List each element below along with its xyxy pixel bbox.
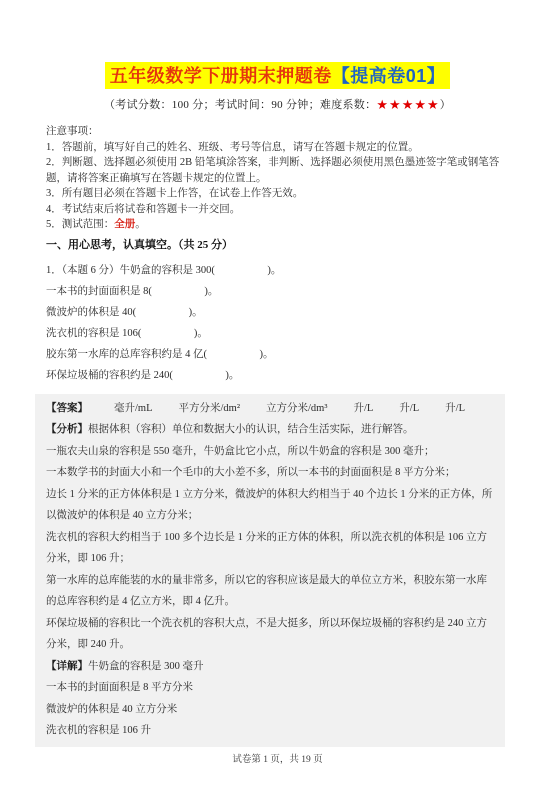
- answer-value-5: 升/L: [399, 398, 419, 420]
- title-block: 五年级数学下册期末押题卷【提高卷01】: [0, 0, 555, 89]
- question-1-block: 1．（本题 6 分）牛奶盒的容积是 300( )。 一本书的封面面积是 8( )…: [46, 260, 510, 386]
- analysis-paragraph-3: 边长 1 分米的正方体体积是 1 立方分米，微波炉的体积大约相当于 40 个边长…: [46, 484, 495, 527]
- notice-item-5-suffix: 。: [135, 219, 146, 230]
- exam-info-text: （考试分数：100 分；考试时间：90 分钟；难度系数：: [104, 99, 376, 111]
- answer-label: 【答案】: [46, 398, 88, 420]
- analysis-paragraph-2: 一本数学书的封面大小和一个毛巾的大小差不多，所以一本书的封面面积是 8 平方分米…: [46, 462, 495, 484]
- detail-text-1: 牛奶盒的容积是 300 毫升: [88, 661, 204, 672]
- notice-item-2: 2．判断题、选择题必须使用 2B 铅笔填涂答案，非判断、选择题必须使用黑色墨迹签…: [46, 155, 510, 186]
- title-highlight: 五年级数学下册期末押题卷【提高卷01】: [105, 62, 451, 89]
- answer-value-1: 毫升/mL: [114, 398, 153, 420]
- section-one-heading: 一、用心思考，认真填空。（共 25 分）: [46, 238, 510, 253]
- test-range-value: 全册: [114, 219, 135, 230]
- exam-paper-page: 五年级数学下册期末押题卷【提高卷01】 （考试分数：100 分；考试时间：90 …: [0, 0, 555, 785]
- analysis-paragraph-6: 环保垃圾桶的容积比一个洗衣机的容积大点，不是大挺多，所以环保垃圾桶的容积约是 2…: [46, 613, 495, 656]
- answer-value-6: 升/L: [445, 398, 465, 420]
- analysis-line: 【分析】根据体积（容积）单位和数据大小的认识，结合生活实际，进行解答。: [46, 419, 495, 441]
- page-footer: 试卷第 1 页，共 19 页: [0, 751, 555, 765]
- answer-box: 【答案】 毫升/mL 平方分米/dm² 立方分米/dm³ 升/L 升/L 升/L…: [35, 394, 505, 747]
- analysis-intro: 根据体积（容积）单位和数据大小的认识，结合生活实际，进行解答。: [88, 424, 414, 435]
- difficulty-stars: ★★★★★: [376, 97, 439, 112]
- question-line-6: 环保垃圾桶的容积约是 240( )。: [46, 365, 510, 386]
- question-line-5: 胶东第一水库的总库容积约是 4 亿( )。: [46, 344, 510, 365]
- page-content: 注意事项： 1．答题前，填写好自己的姓名、班级、考号等信息，请写在答题卡规定的位…: [0, 124, 555, 747]
- detail-line-2: 一本书的封面面积是 8 平方分米: [46, 677, 495, 699]
- detail-line-4: 洗衣机的容积是 106 升: [46, 720, 495, 742]
- exam-info-line: （考试分数：100 分；考试时间：90 分钟；难度系数：★★★★★）: [0, 96, 555, 113]
- notice-item-3: 3．所有题目必须在答题卡上作答，在试卷上作答无效。: [46, 186, 510, 202]
- notice-item-5-prefix: 5．测试范围：: [46, 219, 114, 230]
- answer-value-4: 升/L: [353, 398, 373, 420]
- detail-label: 【详解】: [46, 661, 88, 672]
- analysis-paragraph-5: 第一水库的总库能装的水的量非常多，所以它的容积应该是最大的单位立方米，积胶东第一…: [46, 570, 495, 613]
- notice-item-1: 1．答题前，填写好自己的姓名、班级、考号等信息，请写在答题卡规定的位置。: [46, 140, 510, 156]
- detail-line-3: 微波炉的体积是 40 立方分米: [46, 699, 495, 721]
- analysis-paragraph-4: 洗衣机的容积大约相当于 100 多个边长是 1 分米的正方体的体积，所以洗衣机的…: [46, 527, 495, 570]
- question-line-2: 一本书的封面面积是 8( )。: [46, 281, 510, 302]
- notice-section: 注意事项： 1．答题前，填写好自己的姓名、班级、考号等信息，请写在答题卡规定的位…: [46, 124, 510, 233]
- question-line-4: 洗衣机的容积是 106( )。: [46, 323, 510, 344]
- answer-value-3: 立方分米/dm³: [266, 398, 327, 420]
- analysis-paragraph-1: 一瓶农夫山泉的容积是 550 毫升，牛奶盒比它小点，所以牛奶盒的容积是 300 …: [46, 441, 495, 463]
- answer-value-2: 平方分米/dm²: [179, 398, 240, 420]
- exam-info-close: ）: [440, 99, 451, 111]
- answer-row: 【答案】 毫升/mL 平方分米/dm² 立方分米/dm³ 升/L 升/L 升/L: [46, 398, 495, 420]
- detail-line-1: 【详解】牛奶盒的容积是 300 毫升: [46, 656, 495, 678]
- question-line-3: 微波炉的体积是 40( )。: [46, 302, 510, 323]
- notice-item-4: 4．考试结束后将试卷和答题卡一并交回。: [46, 202, 510, 218]
- exam-title: 五年级数学下册期末押题卷: [110, 66, 332, 86]
- notice-item-5: 5．测试范围：全册。: [46, 217, 510, 233]
- exam-title-volume: 【提高卷01】: [332, 66, 446, 86]
- notice-heading: 注意事项：: [46, 124, 510, 140]
- question-line-1: 1．（本题 6 分）牛奶盒的容积是 300( )。: [46, 260, 510, 281]
- analysis-label: 【分析】: [46, 424, 88, 435]
